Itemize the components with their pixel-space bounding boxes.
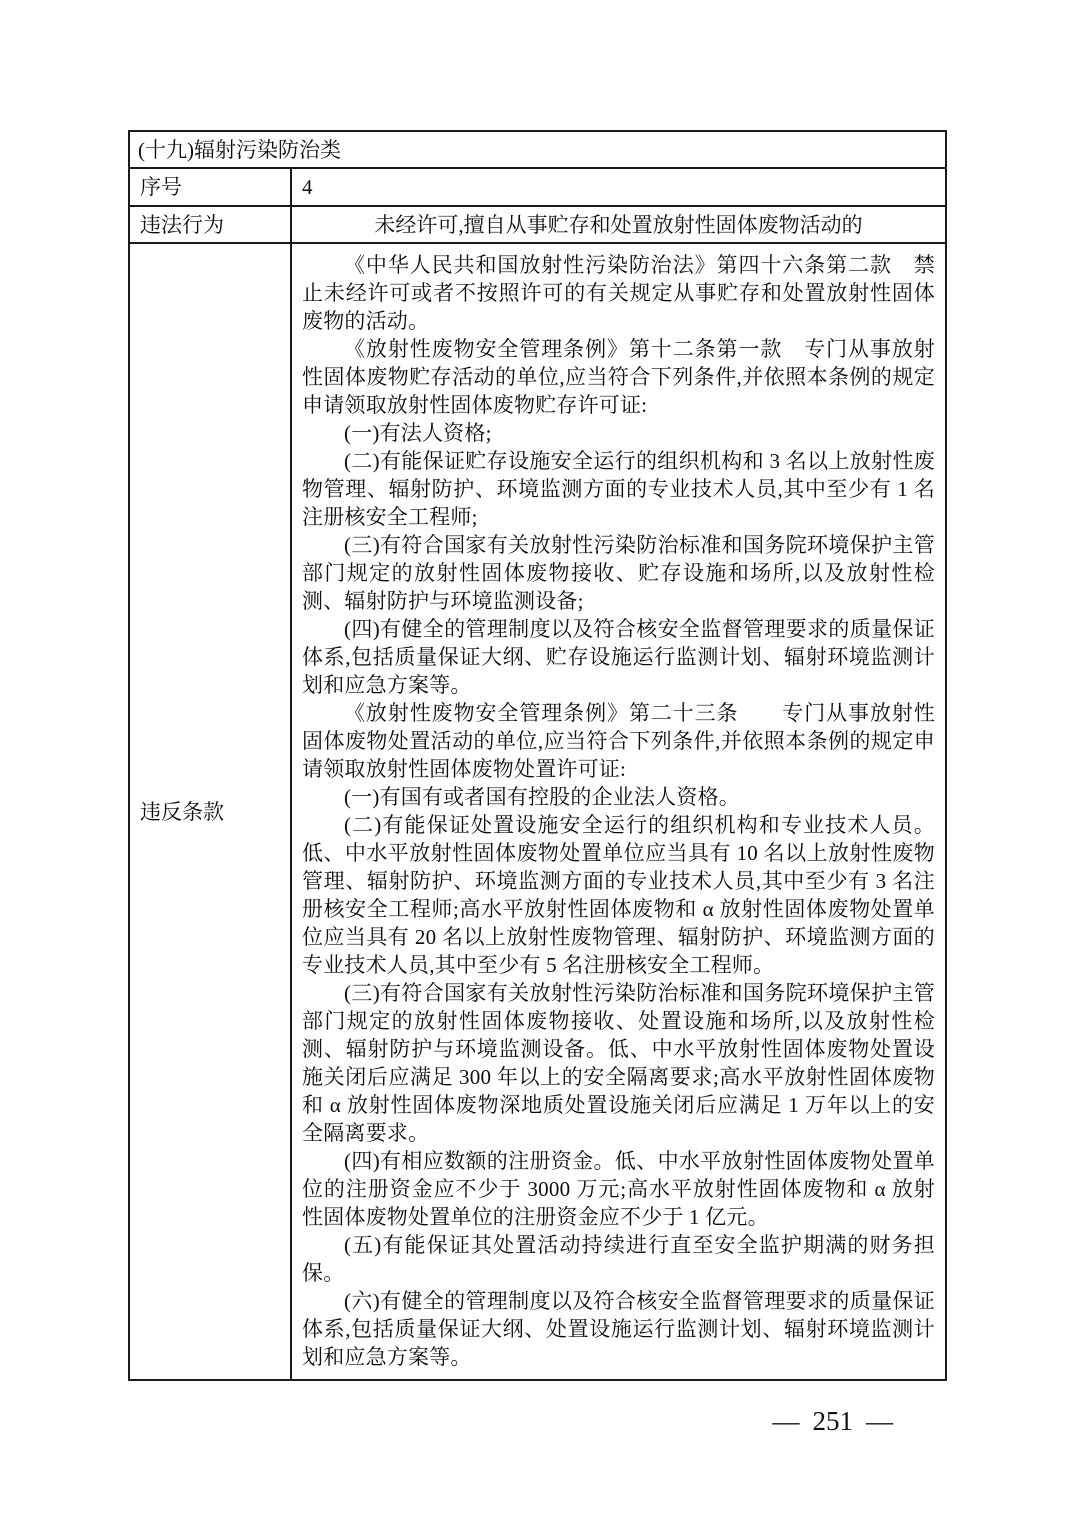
clause-paragraph: (一)有法人资格; (302, 419, 935, 447)
serial-value: 4 (292, 169, 945, 205)
clauses-label: 违反条款 (130, 244, 292, 1379)
clause-paragraph: 《放射性废物安全管理条例》第二十三条 专门从事放射性固体废物处置活动的单位,应当… (302, 699, 935, 783)
violation-value: 未经许可,擅自从事贮存和处置放射性固体废物活动的 (292, 207, 945, 242)
section-title: (十九)辐射污染防治类 (130, 132, 945, 167)
footer-left-dash: — (773, 1406, 800, 1436)
clause-paragraph: (五)有能保证其处置活动持续进行直至安全监护期满的财务担保。 (302, 1231, 935, 1287)
clause-paragraph: (三)有符合国家有关放射性污染防治标准和国务院环境保护主管部门规定的放射性固体废… (302, 979, 935, 1147)
footer-right-dash: — (866, 1406, 893, 1436)
regulation-table: (十九)辐射污染防治类 序号 4 违法行为 未经许可,擅自从事贮存和处置放射性固… (128, 130, 947, 1381)
section-title-row: (十九)辐射污染防治类 (130, 132, 945, 167)
clause-paragraph: (四)有健全的管理制度以及符合核安全监督管理要求的质量保证体系,包括质量保证大纲… (302, 615, 935, 699)
clause-paragraph: (一)有国有或者国有控股的企业法人资格。 (302, 783, 935, 811)
clause-paragraph: 《中华人民共和国放射性污染防治法》第四十六条第二款 禁止未经许可或者不按照许可的… (302, 251, 935, 335)
serial-label: 序号 (130, 169, 292, 205)
clause-paragraph: (二)有能保证处置设施安全运行的组织机构和专业技术人员。低、中水平放射性固体废物… (302, 811, 935, 979)
clause-paragraph: (二)有能保证贮存设施安全运行的组织机构和 3 名以上放射性废物管理、辐射防护、… (302, 447, 935, 531)
violation-label: 违法行为 (130, 207, 292, 242)
clause-paragraph: 《放射性废物安全管理条例》第十二条第一款 专门从事放射性固体废物贮存活动的单位,… (302, 335, 935, 419)
page-number: —251— (760, 1404, 907, 1438)
clauses-content: 《中华人民共和国放射性污染防治法》第四十六条第二款 禁止未经许可或者不按照许可的… (292, 244, 945, 1379)
violation-row: 违法行为 未经许可,擅自从事贮存和处置放射性固体废物活动的 (130, 205, 945, 242)
clauses-row: 违反条款 《中华人民共和国放射性污染防治法》第四十六条第二款 禁止未经许可或者不… (130, 242, 945, 1379)
clause-paragraph: (四)有相应数额的注册资金。低、中水平放射性固体废物处置单位的注册资金应不少于 … (302, 1147, 935, 1231)
serial-row: 序号 4 (130, 167, 945, 205)
clause-paragraph: (三)有符合国家有关放射性污染防治标准和国务院环境保护主管部门规定的放射性固体废… (302, 531, 935, 615)
footer-page-number: 251 (813, 1406, 854, 1436)
clause-paragraph: (六)有健全的管理制度以及符合核安全监督管理要求的质量保证体系,包括质量保证大纲… (302, 1287, 935, 1371)
